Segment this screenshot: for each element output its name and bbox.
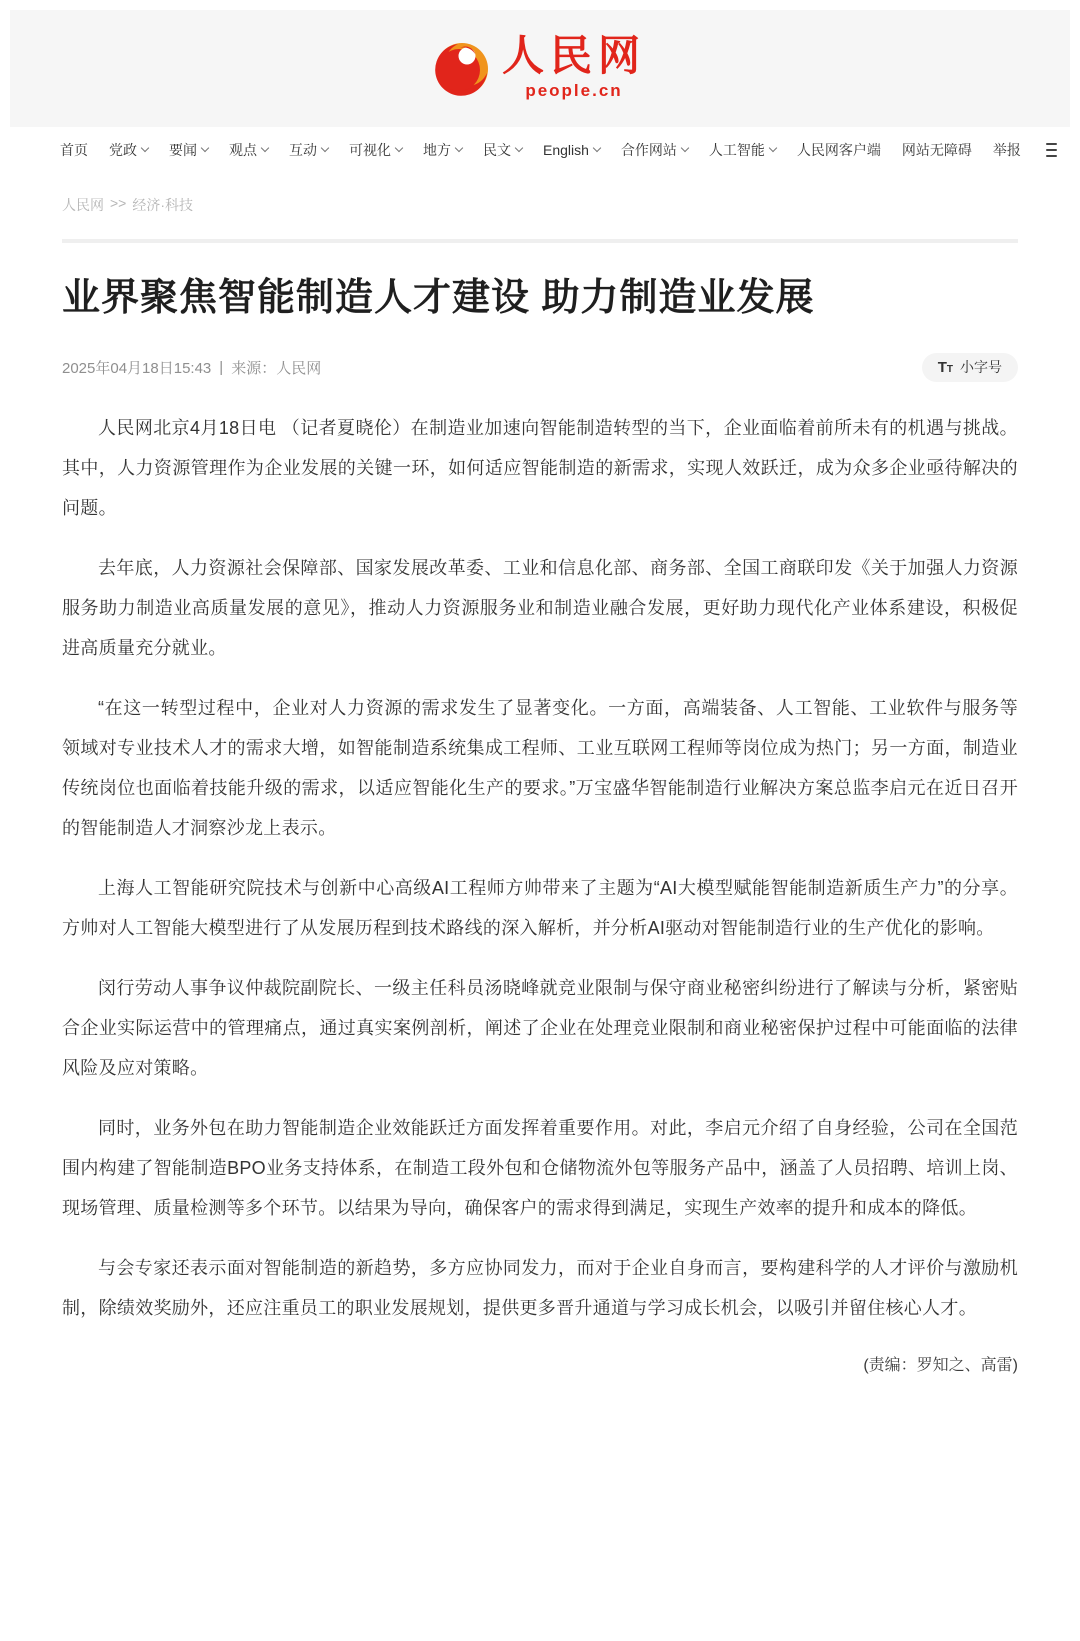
text-size-icon: TT	[938, 360, 953, 375]
nav-item-english[interactable]: English	[543, 142, 600, 158]
article-paragraph: “在这一转型过程中，企业对人力资源的需求发生了显著变化。一方面，高端装备、人工智…	[62, 688, 1018, 848]
nav-item-visualization[interactable]: 可视化	[349, 140, 402, 160]
article-paragraph: 上海人工智能研究院技术与创新中心高级AI工程师方帅带来了主题为“AI大模型赋能智…	[62, 868, 1018, 948]
font-size-button[interactable]: TT 小字号	[922, 353, 1018, 382]
section-divider	[62, 239, 1018, 243]
chevron-down-icon	[141, 144, 149, 152]
meta-separator: |	[219, 359, 223, 376]
menu-hamburger-icon[interactable]	[1042, 139, 1061, 161]
chevron-down-icon	[321, 144, 329, 152]
breadcrumb-separator: >>	[110, 195, 126, 215]
article-paragraph: 与会专家还表示面对智能制造的新趋势，多方应协同发力，而对于企业自身而言，要构建科…	[62, 1248, 1018, 1328]
article-paragraph: 闵行劳动人事争议仲裁院副院长、一级主任科员汤晓峰就竞业限制与保守商业秘密纠纷进行…	[62, 968, 1018, 1088]
editors-credit: (责编：罗知之、高雷)	[62, 1348, 1018, 1485]
article-paragraph: 人民网北京4月18日电 （记者夏晓伦）在制造业加速向智能制造转型的当下，企业面临…	[62, 408, 1018, 528]
site-header-banner: 人民网 people.cn	[10, 10, 1070, 127]
chevron-down-icon	[455, 144, 463, 152]
publish-time: 2025年04月18日15:43	[62, 357, 211, 378]
chevron-down-icon	[395, 144, 403, 152]
source-label: 来源：	[231, 360, 276, 377]
article-meta-row: 2025年04月18日15:43 | 来源：人民网 TT 小字号	[62, 353, 1018, 382]
main-navbar: 首页 党政 要闻 观点 互动 可视化 地方 民文 English 合作网站 人工…	[0, 127, 1080, 173]
people-cn-swirl-icon	[434, 41, 490, 97]
chevron-down-icon	[593, 144, 601, 152]
people-cn-logo[interactable]: 人民网 people.cn	[434, 36, 646, 101]
breadcrumb: 人民网 >> 经济·科技	[62, 173, 1018, 215]
breadcrumb-site-link[interactable]: 人民网	[62, 195, 104, 215]
nav-item-report[interactable]: 举报	[993, 140, 1021, 160]
chevron-down-icon	[201, 144, 209, 152]
nav-item-ai[interactable]: 人工智能	[709, 140, 776, 160]
nav-item-interactive[interactable]: 互动	[289, 140, 328, 160]
chevron-down-icon	[515, 144, 523, 152]
article-paragraph: 同时，业务外包在助力智能制造企业效能跃迁方面发挥着重要作用。对此，李启元介绍了自…	[62, 1108, 1018, 1228]
nav-item-home[interactable]: 首页	[60, 140, 88, 160]
search-button[interactable]	[1075, 137, 1080, 164]
nav-item-partner-sites[interactable]: 合作网站	[621, 140, 688, 160]
nav-item-local[interactable]: 地方	[423, 140, 462, 160]
nav-item-accessibility[interactable]: 网站无障碍	[902, 140, 972, 160]
font-size-button-label: 小字号	[960, 357, 1002, 377]
article-body: 人民网北京4月18日电 （记者夏晓伦）在制造业加速向智能制造转型的当下，企业面临…	[62, 408, 1018, 1328]
logo-cn-text: 人民网	[502, 36, 646, 78]
chevron-down-icon	[261, 144, 269, 152]
nav-item-party-politics[interactable]: 党政	[109, 140, 148, 160]
nav-item-minority-languages[interactable]: 民文	[483, 140, 522, 160]
source-link[interactable]: 人民网	[276, 360, 321, 377]
breadcrumb-section-link[interactable]: 经济·科技	[132, 195, 193, 215]
nav-item-people-app[interactable]: 人民网客户端	[797, 140, 881, 160]
page-title: 业界聚焦智能制造人才建设 助力制造业发展	[62, 275, 1018, 323]
chevron-down-icon	[769, 144, 777, 152]
chevron-down-icon	[681, 144, 689, 152]
nav-item-top-news[interactable]: 要闻	[169, 140, 208, 160]
article-paragraph: 去年底，人力资源社会保障部、国家发展改革委、工业和信息化部、商务部、全国工商联印…	[62, 548, 1018, 668]
nav-item-opinions[interactable]: 观点	[229, 140, 268, 160]
logo-domain-text: people.cn	[502, 81, 646, 101]
